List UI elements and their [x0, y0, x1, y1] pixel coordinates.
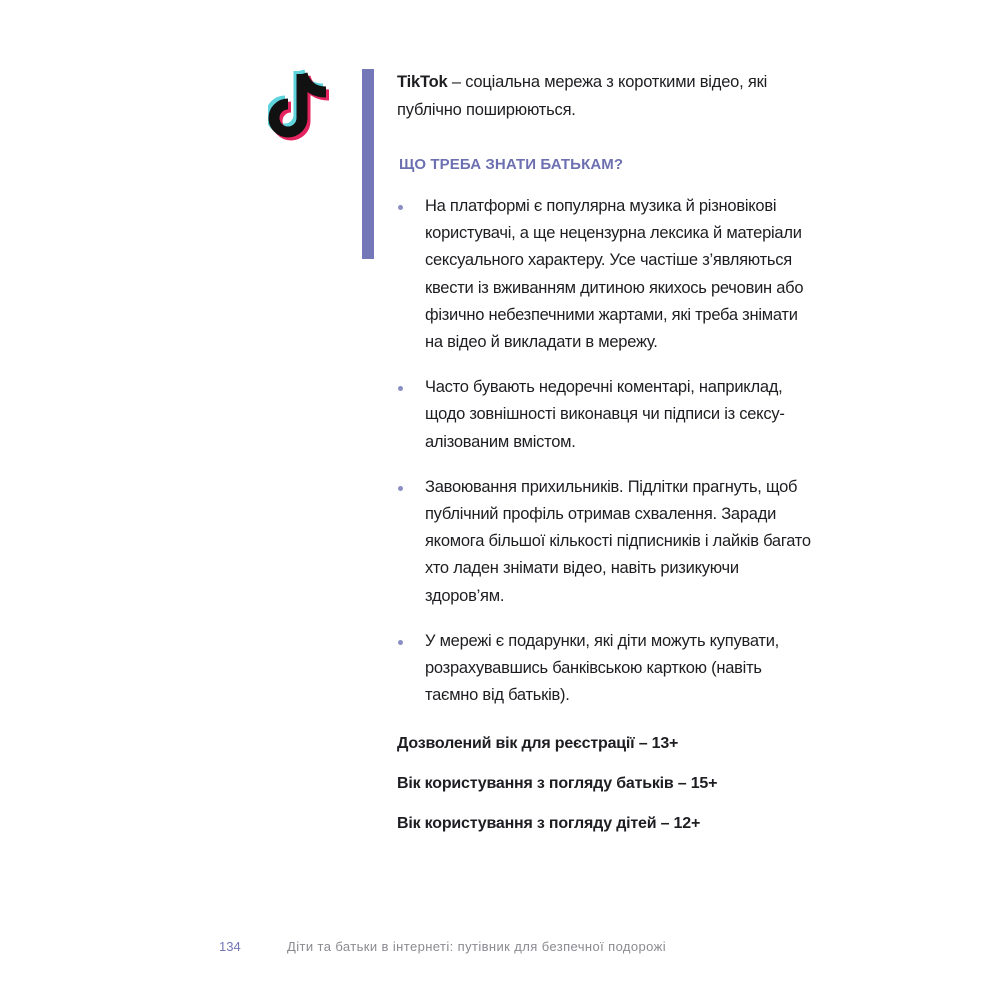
bullet-icon [398, 205, 403, 210]
list-item-text: Завоювання прихильників. Підлітки прагну… [425, 478, 811, 605]
section-heading: ЩО ТРЕБА ЗНАТИ БАТЬКАМ? [397, 156, 817, 173]
list-item-text: На платформі є популярна музика й різнов… [425, 197, 803, 351]
book-title: Діти та батьки в інтернеті: путівник для… [287, 939, 666, 954]
bullet-list: На платформі є популярна музика й різнов… [397, 193, 817, 709]
age-ratings: Дозволений вік для реєстрації – 13+ Вік … [397, 733, 817, 835]
intro-paragraph: TikTok – соціальна мережа з короткими ві… [397, 68, 817, 124]
intro-text: – соціальна мережа з короткими відео, як… [397, 73, 767, 119]
list-item-text: У мережі є подарунки, які діти можуть ку… [425, 632, 779, 704]
bullet-icon [398, 486, 403, 491]
article-content: TikTok – соціальна мережа з короткими ві… [397, 68, 817, 853]
list-item: Часто бувають недоречні коментарі, напри… [397, 374, 817, 456]
list-item-text: Часто бувають недоречні коментарі, напри… [425, 378, 785, 450]
page-number: 134 [219, 939, 241, 954]
bullet-icon [398, 640, 403, 645]
age-registration: Дозволений вік для реєстрації – 13+ [397, 733, 817, 755]
age-children-view: Вік користування з погляду дітей – 12+ [397, 813, 817, 835]
age-parents-view: Вік користування з погляду батьків – 15+ [397, 773, 817, 795]
brand-name: TikTok [397, 73, 447, 91]
list-item: На платформі є популярна музика й різнов… [397, 193, 817, 356]
tiktok-logo-icon [268, 66, 340, 146]
accent-bar [362, 69, 374, 259]
list-item: Завоювання прихильників. Підлітки прагну… [397, 474, 817, 610]
bullet-icon [398, 386, 403, 391]
list-item: У мережі є подарунки, які діти можуть ку… [397, 628, 817, 710]
